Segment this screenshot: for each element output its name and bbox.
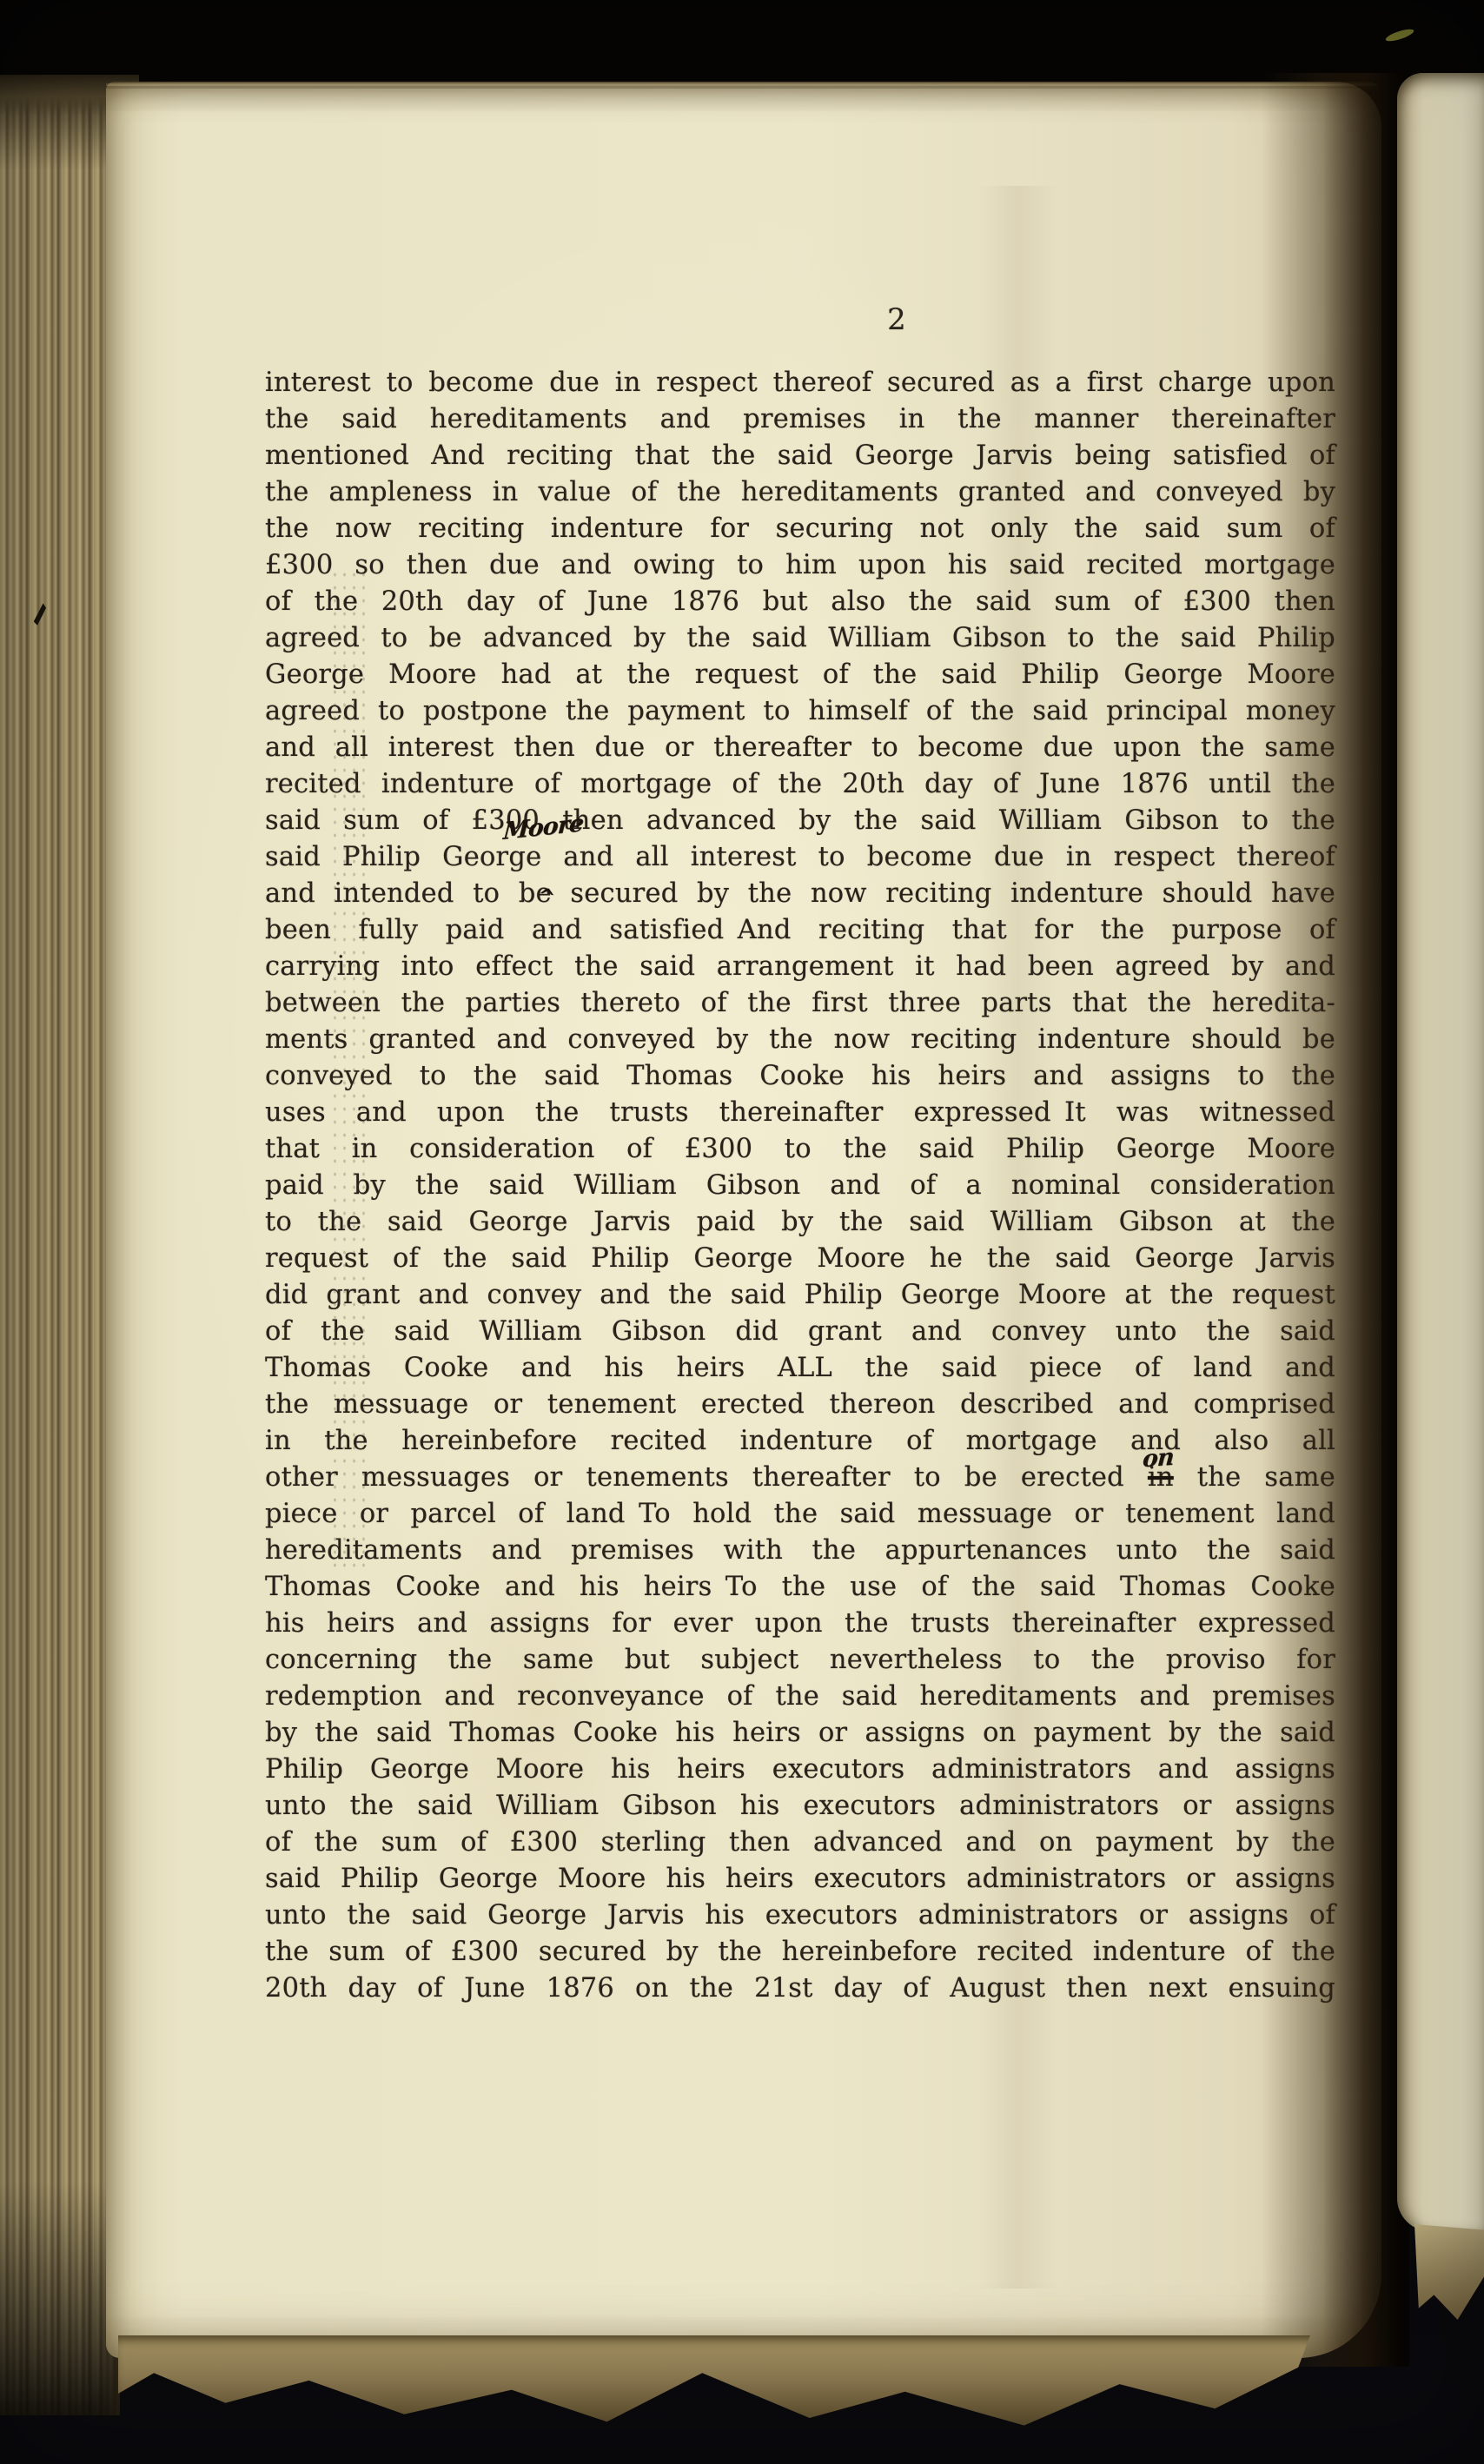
text-line: been fully paid and satisfied And reciti… [265,912,1335,949]
text-line: said sum of £300 then advanced by the sa… [265,803,1335,839]
text-line: of the said William Gibson did grant and… [265,1314,1335,1350]
page-text-block: interest to become due in respect thereo… [265,365,1335,2007]
text-line: the ampleness in value of the hereditame… [265,474,1335,511]
text-line: piece or parcel of land To hold the said… [265,1496,1335,1533]
text-line: carrying into effect the said arrangemen… [265,949,1335,985]
handwritten-correction: on [1142,1446,1174,1472]
book-gutter-shadow [1262,73,1409,2367]
text-line: the said hereditaments and premises in t… [265,401,1335,438]
text-line: did grant and convey and the said Philip… [265,1277,1335,1314]
text-line: between the parties thereto of the first… [265,985,1335,1022]
text-line: unto the said William Gibson his executo… [265,1788,1335,1825]
text-line: by the said Thomas Cooke his heirs or as… [265,1715,1335,1752]
text-line: recited indenture of mortgage of the 20t… [265,766,1335,803]
text-line: said Philip George Moore his heirs execu… [265,1861,1335,1898]
text-line: redemption and reconveyance of the said … [265,1679,1335,1715]
text-line: and intended to be secured by the now re… [265,876,1335,912]
text-line: the sum of £300 secured by the hereinbef… [265,1934,1335,1971]
text-line: of the 20th day of June 1876 but also th… [265,584,1335,620]
text-line: the now reciting indenture for securing … [265,511,1335,547]
text-line: hereditaments and premises with the appu… [265,1533,1335,1569]
insertion-caret-icon: ^ [537,885,558,909]
correction-anchor: inon [1148,1460,1174,1496]
text-line: unto the said George Jarvis his executor… [265,1898,1335,1934]
facing-page-torn-edge [1414,2224,1484,2320]
handwritten-insertion: Moore [503,811,585,844]
text-line: George Moore had at the request of the s… [265,657,1335,693]
book-page-edges [0,76,120,2415]
text-line: ments granted and conveyed by the now re… [265,1022,1335,1058]
text-line: in the hereinbefore recited indenture of… [265,1423,1335,1460]
page-number: 2 [871,302,923,337]
text-line: interest to become due in respect thereo… [265,365,1335,401]
text-line: £300 so then due and owing to him upon h… [265,547,1335,584]
text-line: his heirs and assigns for ever upon the … [265,1606,1335,1642]
text-line: mentioned And reciting that the said Geo… [265,438,1335,474]
text-line: to the said George Jarvis paid by the sa… [265,1204,1335,1241]
text-line: Thomas Cooke and his heirs ALL the said … [265,1350,1335,1387]
text-line: uses and upon the trusts thereinafter ex… [265,1095,1335,1131]
torn-page-edges [118,2335,1310,2429]
text-line: paid by the said William Gibson and of a… [265,1168,1335,1204]
text-line: that in consideration of £300 to the sai… [265,1131,1335,1168]
text-line: agreed to be advanced by the said Willia… [265,620,1335,657]
text-line: agreed to postpone the payment to himsel… [265,693,1335,730]
text-line: of the sum of £300 sterling then advance… [265,1825,1335,1861]
text-line: and all interest then due or thereafter … [265,730,1335,766]
text-line: Philip George Moore his heirs executors … [265,1752,1335,1788]
facing-page-edge [1397,73,1484,2231]
text-line: said Philip George^Moore and all interes… [265,839,1335,876]
text-line: Thomas Cooke and his heirs To the use of… [265,1569,1335,1606]
text-line: 20th day of June 1876 on the 21st day of… [265,1971,1335,2007]
scanned-book-photo: 2 interest to become due in respect ther… [0,0,1484,2464]
paper-speck [1384,27,1414,43]
text-line: conveyed to the said Thomas Cooke his he… [265,1058,1335,1095]
text-line: concerning the same but subject neverthe… [265,1642,1335,1679]
text-line: the messuage or tenement erected thereon… [265,1387,1335,1423]
text-line: request of the said Philip George Moore … [265,1241,1335,1277]
text-line: other messuages or tenements thereafter … [265,1460,1335,1496]
